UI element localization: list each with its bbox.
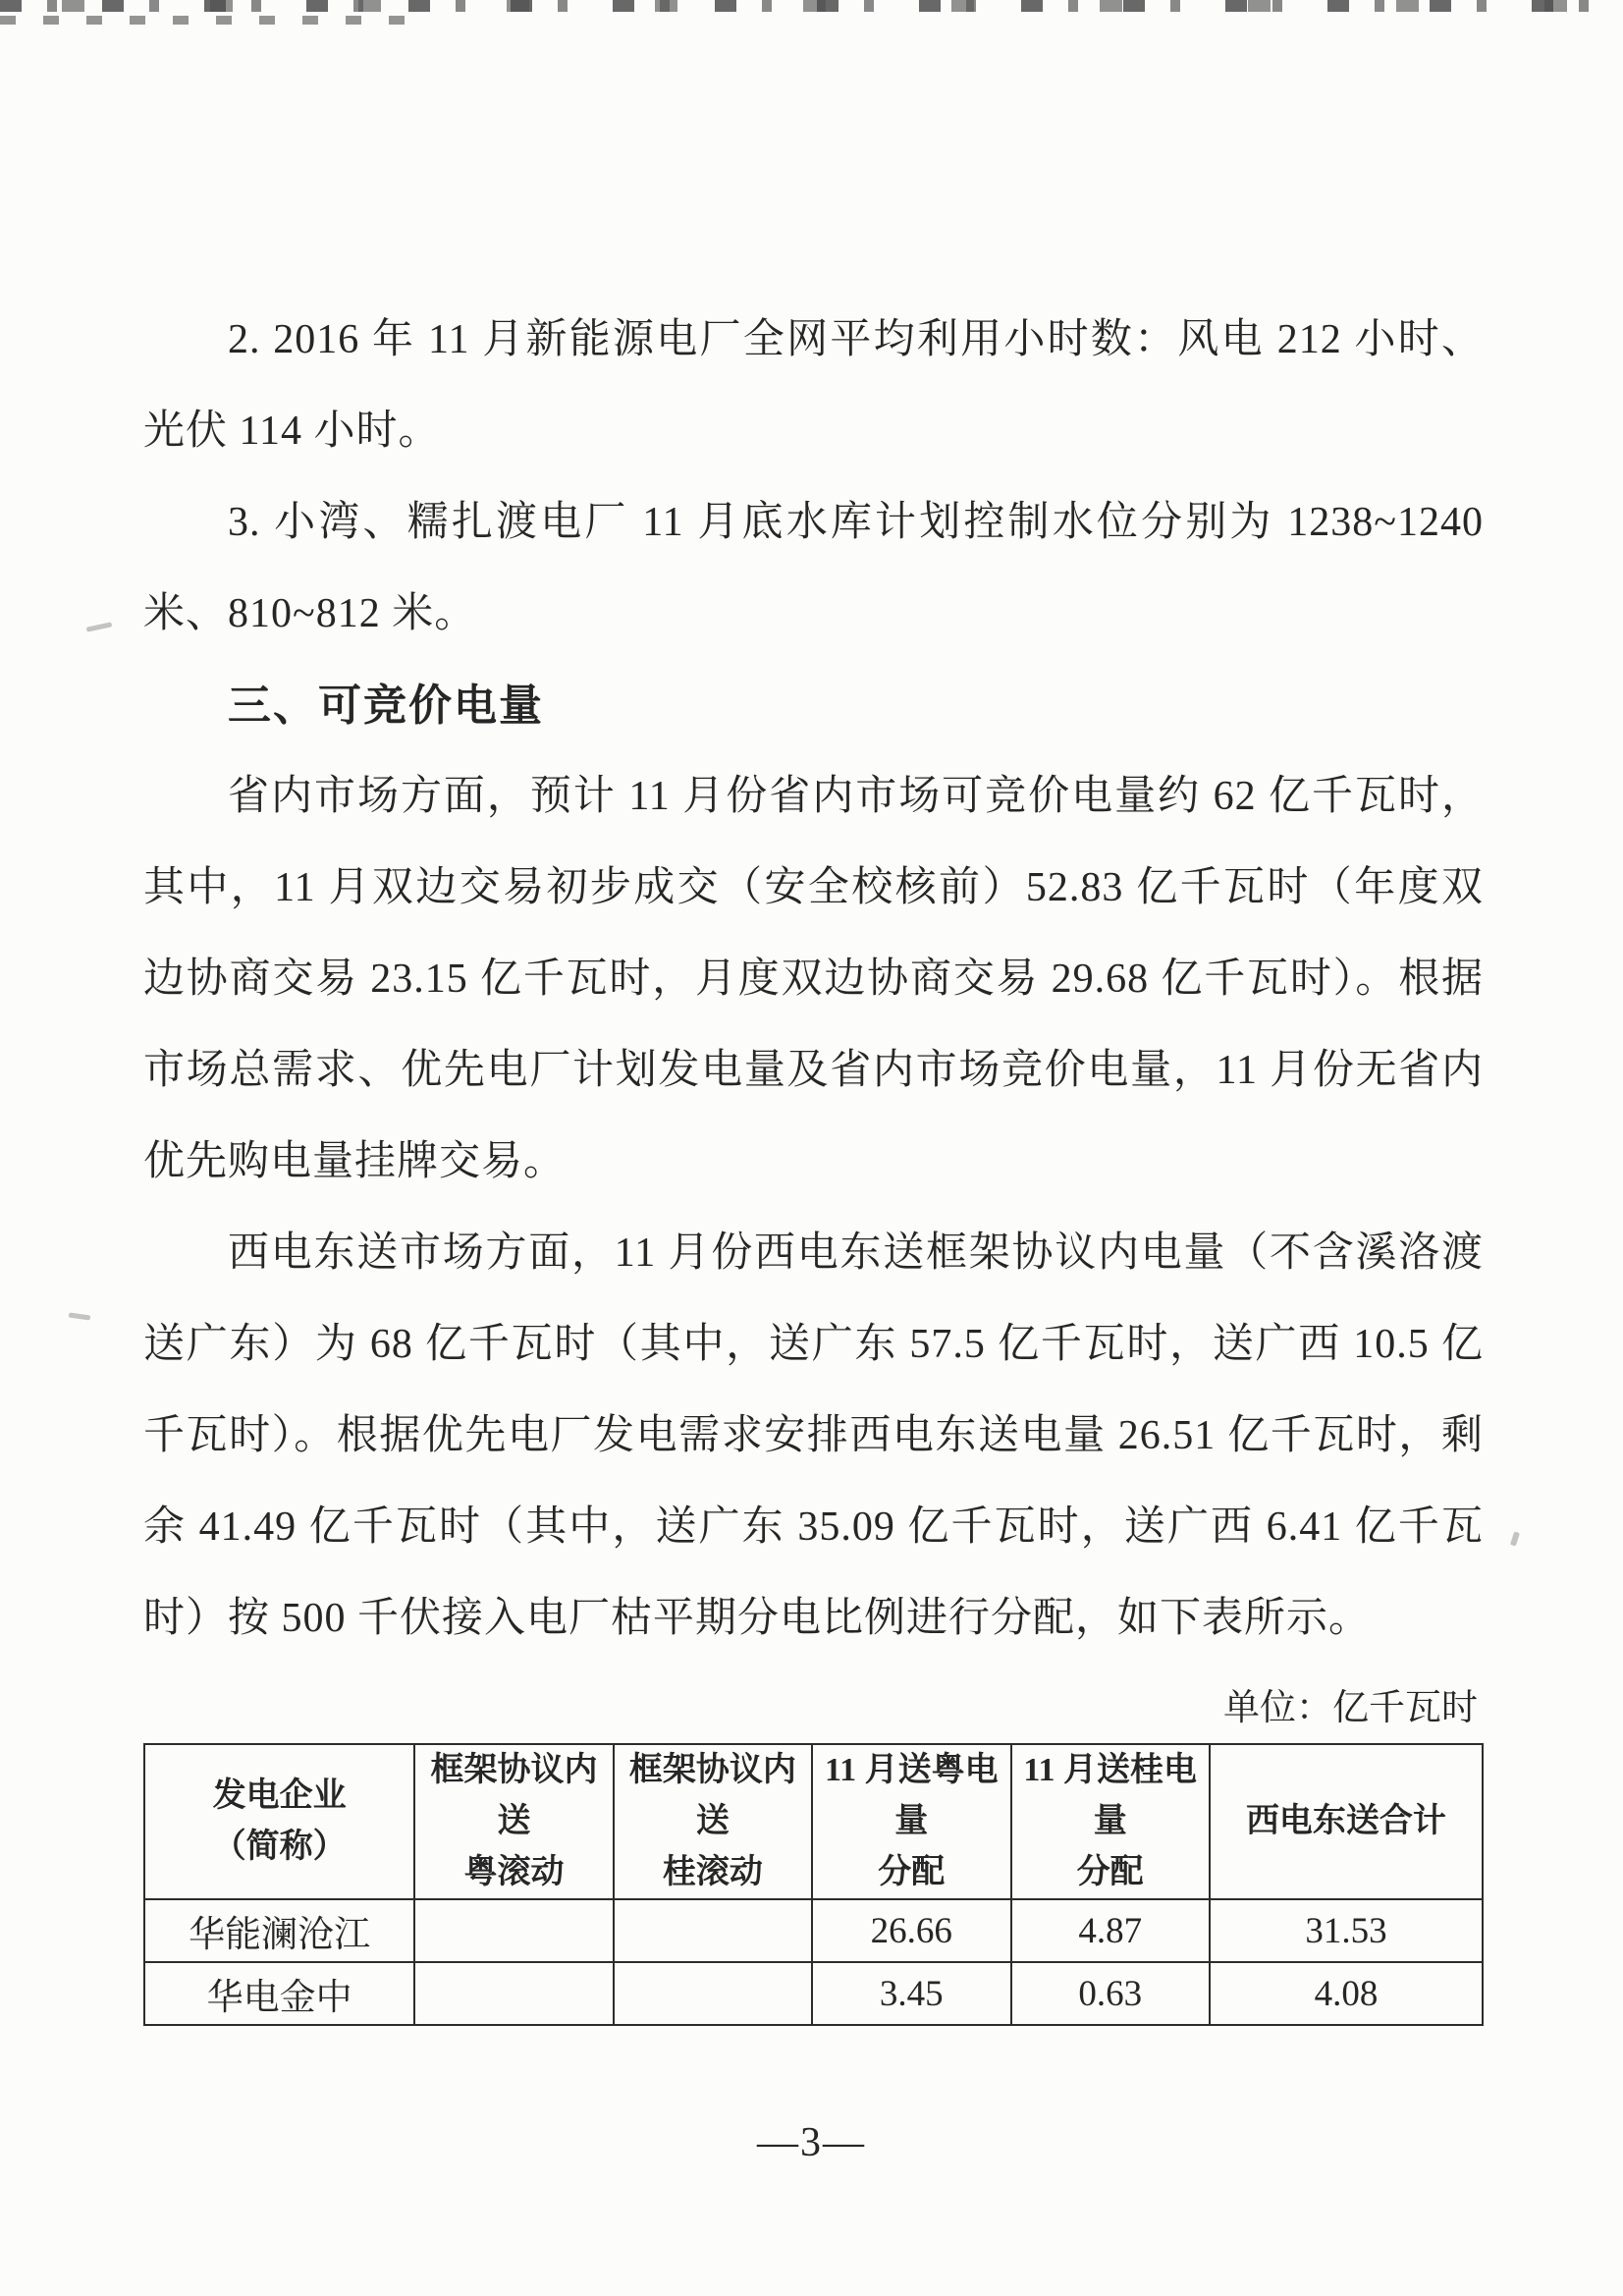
cell-framework-guangdong-rolling [414,1899,613,1962]
col-header-framework-guangdong-rolling: 框架协议内送 粤滚动 [414,1744,613,1899]
allocation-table: 发电企业 （简称） 框架协议内送 粤滚动 框架协议内送 桂滚动 11 月送粤电量… [143,1743,1484,2026]
cell-company: 华电金中 [144,1962,414,2025]
cell-framework-guangdong-rolling [414,1962,613,2025]
scan-artifact-top [0,0,1623,12]
scan-speck [1510,1531,1520,1546]
scan-speck [86,622,112,631]
col-header-company: 发电企业 （简称） [144,1744,414,1899]
table-row-huaneng-lancangjiang: 华能澜沧江 26.66 4.87 31.53 [144,1899,1483,1962]
cell-framework-guangxi-rolling [614,1962,812,2025]
table-row-huadian-jinzhong: 华电金中 3.45 0.63 4.08 [144,1962,1483,2025]
cell-company: 华能澜沧江 [144,1899,414,1962]
scan-artifact-top-left [0,16,422,25]
cell-nov-guangdong-allocation: 26.66 [812,1899,1010,1962]
table-unit-label: 单位：亿千瓦时 [143,1680,1484,1737]
cell-framework-guangxi-rolling [614,1899,812,1962]
scan-speck [69,1312,90,1320]
cell-west-east-total: 31.53 [1210,1899,1483,1962]
paragraph-reservoir-levels: 3. 小湾、糯扎渡电厂 11 月底水库计划控制水位分别为 1238~1240 米… [143,477,1484,660]
col-header-nov-guangdong-allocation: 11 月送粤电量 分配 [812,1744,1010,1899]
paragraph-new-energy-hours: 2. 2016 年 11 月新能源电厂全网平均利用小时数：风电 212 小时、光… [143,295,1484,477]
paragraph-west-to-east-market: 西电东送市场方面，11 月份西电东送框架协议内电量（不含溪洛渡送广东）为 68 … [143,1208,1484,1665]
page-number: —3— [0,2119,1623,2166]
cell-nov-guangdong-allocation: 3.45 [812,1962,1010,2025]
table-header-row: 发电企业 （简称） 框架协议内送 粤滚动 框架协议内送 桂滚动 11 月送粤电量… [144,1744,1483,1899]
cell-nov-guangxi-allocation: 4.87 [1011,1899,1210,1962]
document-page: 2. 2016 年 11 月新能源电厂全网平均利用小时数：风电 212 小时、光… [0,0,1623,2296]
paragraph-provincial-market: 省内市场方面，预计 11 月份省内市场可竞价电量约 62 亿千瓦时，其中，11 … [143,751,1484,1208]
col-header-west-east-total: 西电东送合计 [1210,1744,1483,1899]
cell-nov-guangxi-allocation: 0.63 [1011,1962,1210,2025]
section-heading-biddable-energy: 三、可竞价电量 [143,660,1484,751]
col-header-framework-guangxi-rolling: 框架协议内送 桂滚动 [614,1744,812,1899]
col-header-nov-guangxi-allocation: 11 月送桂电量 分配 [1011,1744,1210,1899]
document-body: 2. 2016 年 11 月新能源电厂全网平均利用小时数：风电 212 小时、光… [143,295,1484,2026]
cell-west-east-total: 4.08 [1210,1962,1483,2025]
